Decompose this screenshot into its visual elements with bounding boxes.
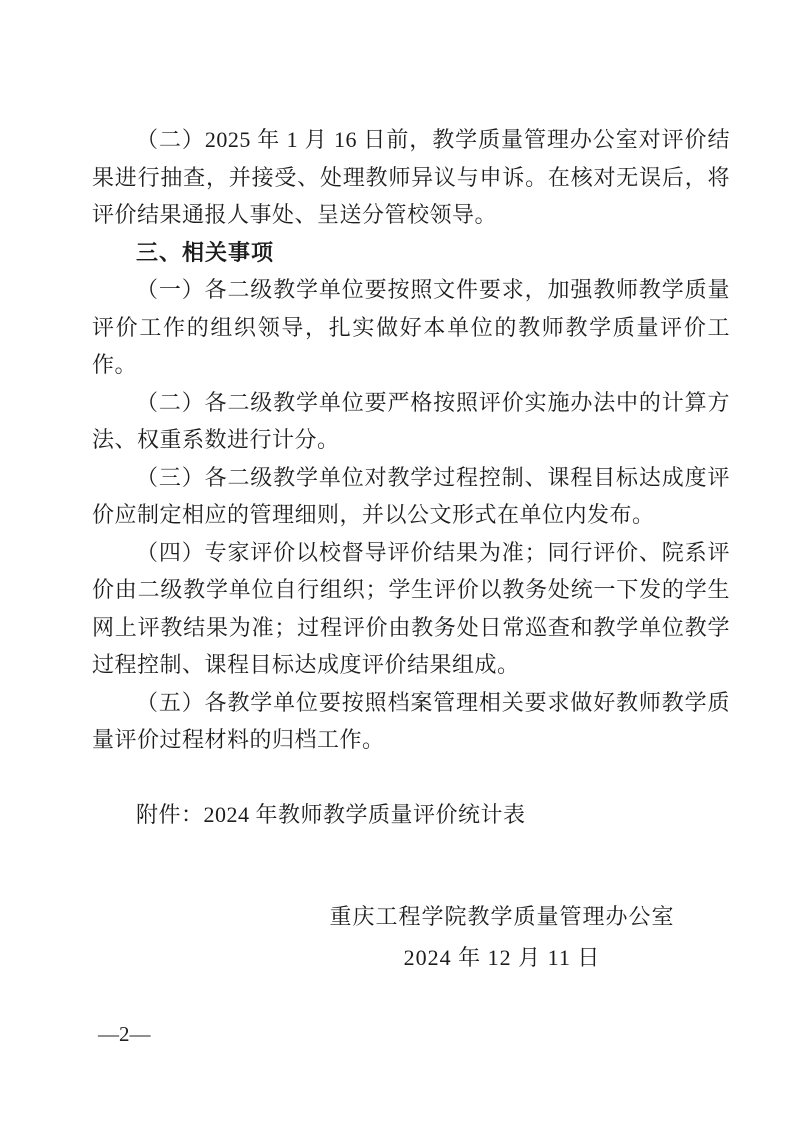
signature-org: 重庆工程学院教学质量管理办公室 <box>292 896 712 937</box>
paragraph-related-2: （二）各二级教学单位要严格按照评价实施办法中的计算方法、权重系数进行计分。 <box>92 384 730 459</box>
signature-date: 2024 年 12 月 11 日 <box>292 937 712 978</box>
paragraph-related-3: （三）各二级教学单位对教学过程控制、课程目标达成度评价应制定相应的管理细则，并以… <box>92 459 730 534</box>
page-number: —2— <box>98 1022 151 1046</box>
paragraph-related-4: （四）专家评价以校督导评价结果为准；同行评价、院系评价由二级教学单位自行组织；学… <box>92 534 730 684</box>
document-body: （二）2025 年 1 月 16 日前，教学质量管理办公室对评价结果进行抽查，并… <box>92 121 730 834</box>
attachment-line: 附件：2024 年教师教学质量评价统计表 <box>92 796 730 834</box>
document-page: （二）2025 年 1 月 16 日前，教学质量管理办公室对评价结果进行抽查，并… <box>0 0 794 1122</box>
paragraph-related-1: （一）各二级教学单位要按照文件要求，加强教师教学质量评价工作的组织领导，扎实做好… <box>92 271 730 384</box>
paragraph-item-2-deadline: （二）2025 年 1 月 16 日前，教学质量管理办公室对评价结果进行抽查，并… <box>92 121 730 234</box>
paragraph-related-5: （五）各教学单位要按照档案管理相关要求做好教师教学质量评价过程材料的归档工作。 <box>92 684 730 759</box>
section-heading-related-matters: 三、相关事项 <box>92 234 730 272</box>
signature-block: 重庆工程学院教学质量管理办公室 2024 年 12 月 11 日 <box>292 896 712 978</box>
